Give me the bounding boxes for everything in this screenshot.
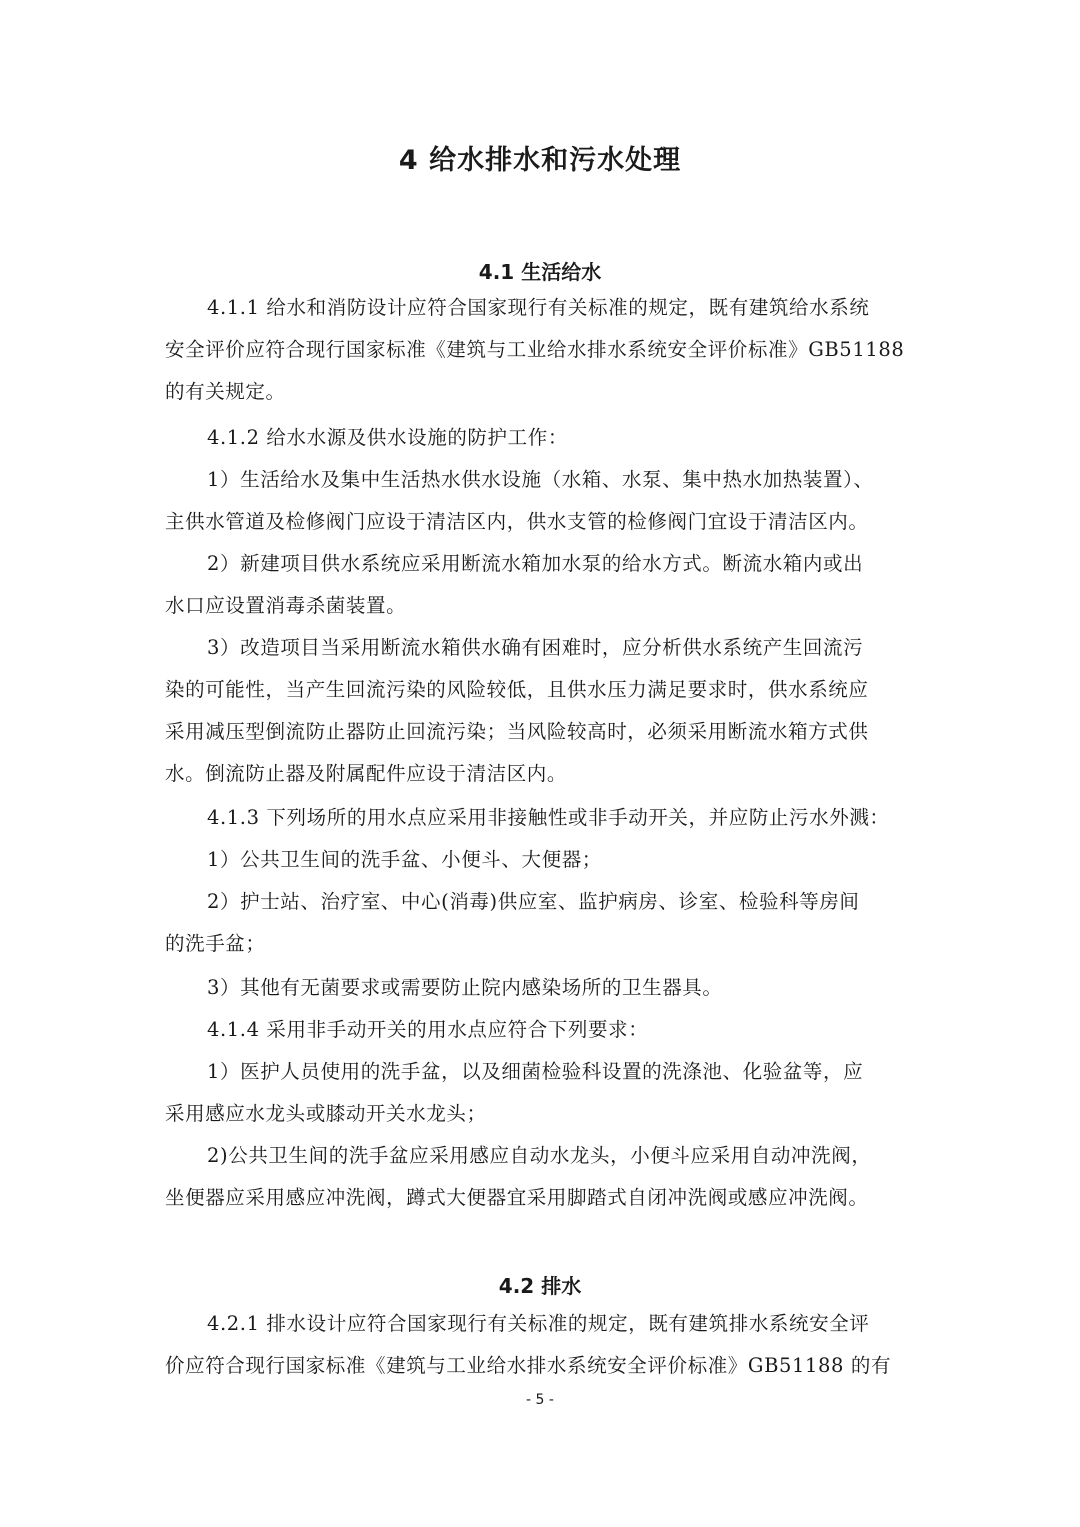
clause-4-1-3-item-2-line-1: 2）护士站、治疗室、中心(消毒)供应室、监护病房、诊室、检验科等房间 [207, 888, 967, 916]
clause-4-1-4-item-2-line-1: 2)公共卫生间的洗手盆应采用感应自动水龙头，小便斗应采用自动冲洗阀， [207, 1142, 967, 1170]
section-title-4-1: 4.1 生活给水 [0, 256, 1080, 285]
clause-4-1-1-line-3: 的有关规定。 [165, 378, 925, 406]
clause-4-1-2-item-3-line-2: 染的可能性，当产生回流污染的风险较低，且供水压力满足要求时，供水系统应 [165, 676, 925, 704]
clause-4-2-1-line-2: 价应符合现行国家标准《建筑与工业给水排水系统安全评价标准》GB51188 的有 [165, 1352, 925, 1380]
clause-4-1-4-item-1-line-1: 1）医护人员使用的洗手盆，以及细菌检验科设置的洗涤池、化验盆等，应 [207, 1058, 967, 1086]
clause-4-1-2-item-1-line-1: 1）生活给水及集中生活热水供水设施（水箱、水泵、集中热水加热装置）、 [207, 466, 967, 494]
clause-4-1-2-item-1-line-2: 主供水管道及检修阀门应设于清洁区内，供水支管的检修阀门宜设于清洁区内。 [165, 508, 925, 536]
chapter-title: 4 给水排水和污水处理 [0, 138, 1080, 177]
clause-4-2-1-line-1: 4.2.1 排水设计应符合国家现行有关标准的规定，既有建筑排水系统安全评 [207, 1310, 967, 1338]
clause-4-1-3-item-1: 1）公共卫生间的洗手盆、小便斗、大便器； [207, 846, 967, 874]
clause-4-1-2-item-3-line-4: 水。倒流防止器及附属配件应设于清洁区内。 [165, 760, 925, 788]
clause-4-1-1-line-1: 4.1.1 给水和消防设计应符合国家现行有关标准的规定，既有建筑给水系统 [207, 294, 967, 322]
clause-4-1-1-line-2: 安全评价应符合现行国家标准《建筑与工业给水排水系统安全评价标准》GB51188 [165, 336, 925, 364]
clause-4-1-2-item-2-line-2: 水口应设置消毒杀菌装置。 [165, 592, 925, 620]
clause-4-1-4-item-1-line-2: 采用感应水龙头或膝动开关水龙头； [165, 1100, 925, 1128]
clause-4-1-2-heading: 4.1.2 给水水源及供水设施的防护工作： [207, 424, 967, 452]
clause-4-1-4-heading: 4.1.4 采用非手动开关的用水点应符合下列要求： [207, 1016, 967, 1044]
clause-4-1-2-item-3-line-1: 3）改造项目当采用断流水箱供水确有困难时，应分析供水系统产生回流污 [207, 634, 967, 662]
page-number: - 5 - [0, 1392, 1080, 1408]
clause-4-1-3-item-2-line-2: 的洗手盆； [165, 930, 925, 958]
section-title-4-2: 4.2 排水 [0, 1270, 1080, 1299]
clause-4-1-2-item-3-line-3: 采用减压型倒流防止器防止回流污染；当风险较高时，必须采用断流水箱方式供 [165, 718, 925, 746]
clause-4-1-3-item-3: 3）其他有无菌要求或需要防止院内感染场所的卫生器具。 [207, 974, 967, 1002]
document-page: 4 给水排水和污水处理 4.1 生活给水 4.1.1 给水和消防设计应符合国家现… [0, 0, 1080, 1527]
clause-4-1-3-heading: 4.1.3 下列场所的用水点应采用非接触性或非手动开关，并应防止污水外溅： [207, 804, 967, 832]
clause-4-1-2-item-2-line-1: 2）新建项目供水系统应采用断流水箱加水泵的给水方式。断流水箱内或出 [207, 550, 967, 578]
clause-4-1-4-item-2-line-2: 坐便器应采用感应冲洗阀，蹲式大便器宜采用脚踏式自闭冲洗阀或感应冲洗阀。 [165, 1184, 925, 1212]
